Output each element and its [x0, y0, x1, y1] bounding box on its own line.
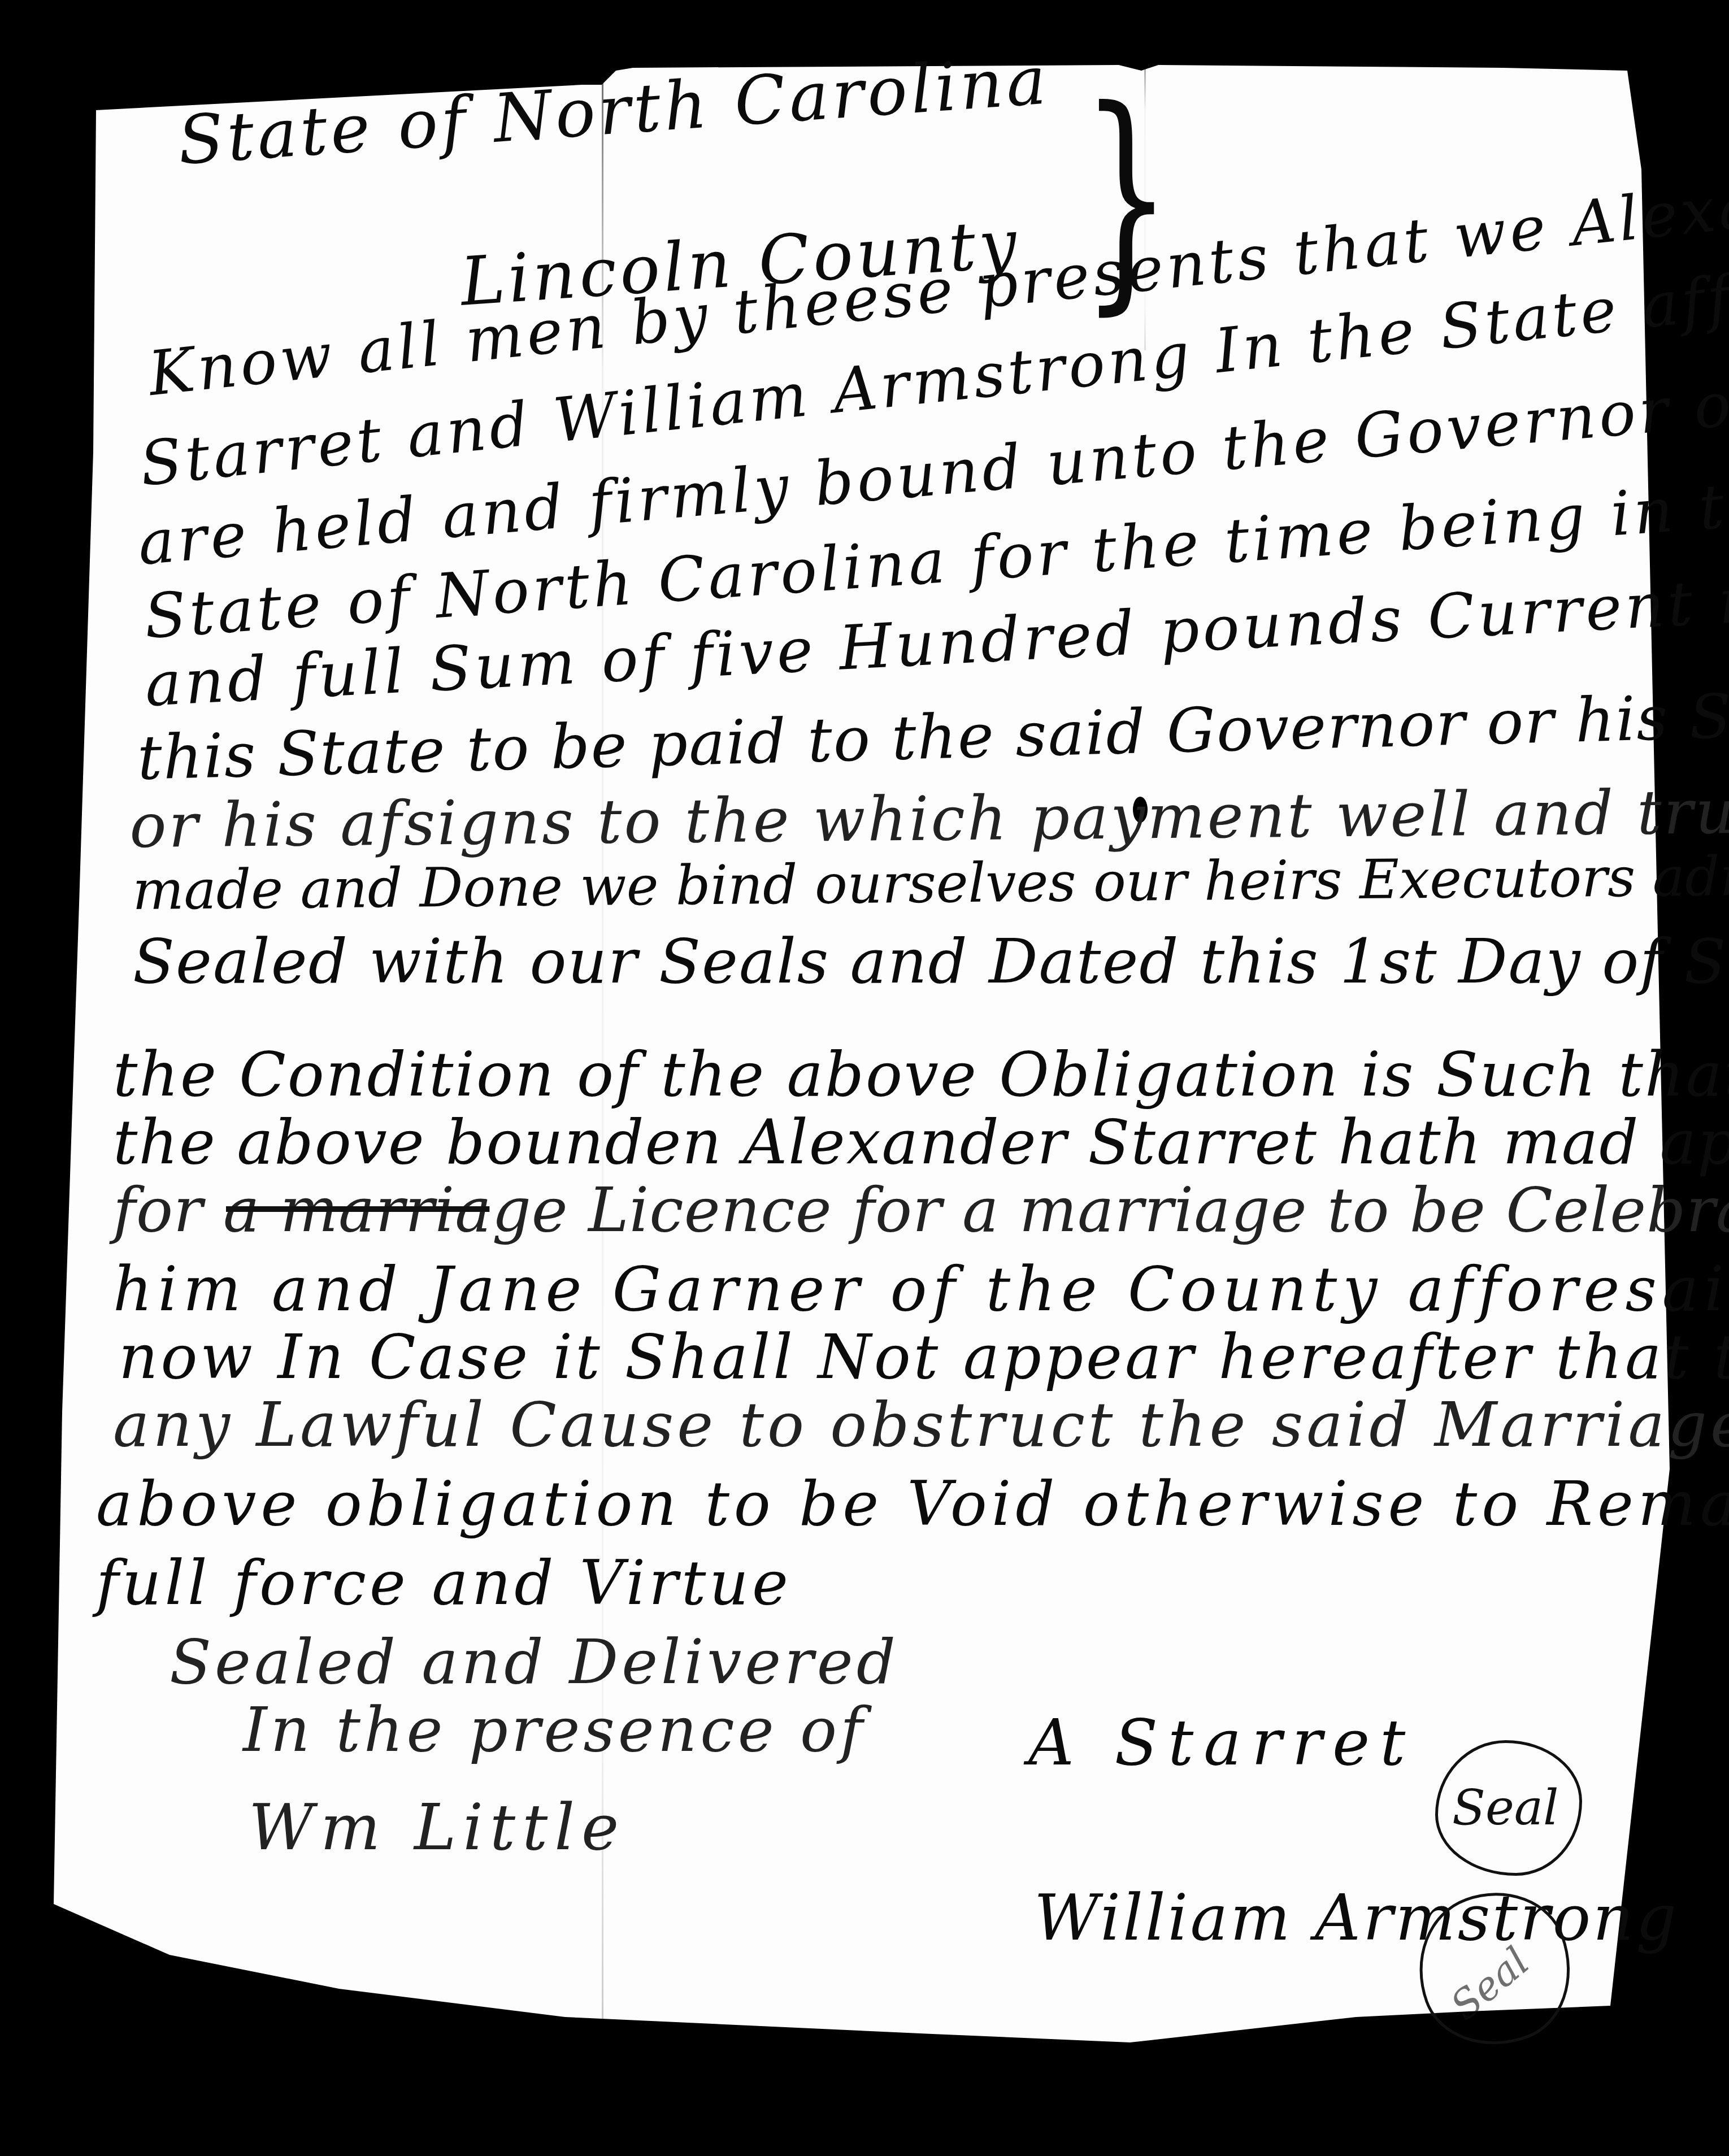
condition-line-8: full force and Virtue [96, 1548, 792, 1619]
bond-line-9-date: Sealed with our Seals and Dated this 1st… [133, 927, 1729, 997]
condition-line-6: any Lawful Cause to obstruct the said Ma… [113, 1390, 1729, 1460]
signature-starret: A Starret [1028, 1706, 1415, 1780]
condition-line-7: above obligation to be Void otherwise to… [96, 1469, 1729, 1540]
struck-word: marriage [226, 1178, 489, 1237]
condition-line-1: the Condition of the above Obligation is… [113, 1040, 1729, 1110]
witness-signature: Wm Little [249, 1791, 625, 1864]
attestation-sealed-delivered: Sealed and Delivered [170, 1627, 899, 1698]
seal-label-starret: Seal [1452, 1780, 1559, 1836]
signature-armstrong: William Armstrong [1034, 1881, 1679, 1955]
attestation-presence: In the presence of [243, 1695, 866, 1766]
condition-line-5: now In Case it Shall Not appear hereafte… [119, 1322, 1729, 1393]
condition-line-2: the above bounden Alexander Starret hath… [113, 1107, 1729, 1178]
condition-line-4: him and Jane Garner of the County affore… [113, 1254, 1729, 1325]
